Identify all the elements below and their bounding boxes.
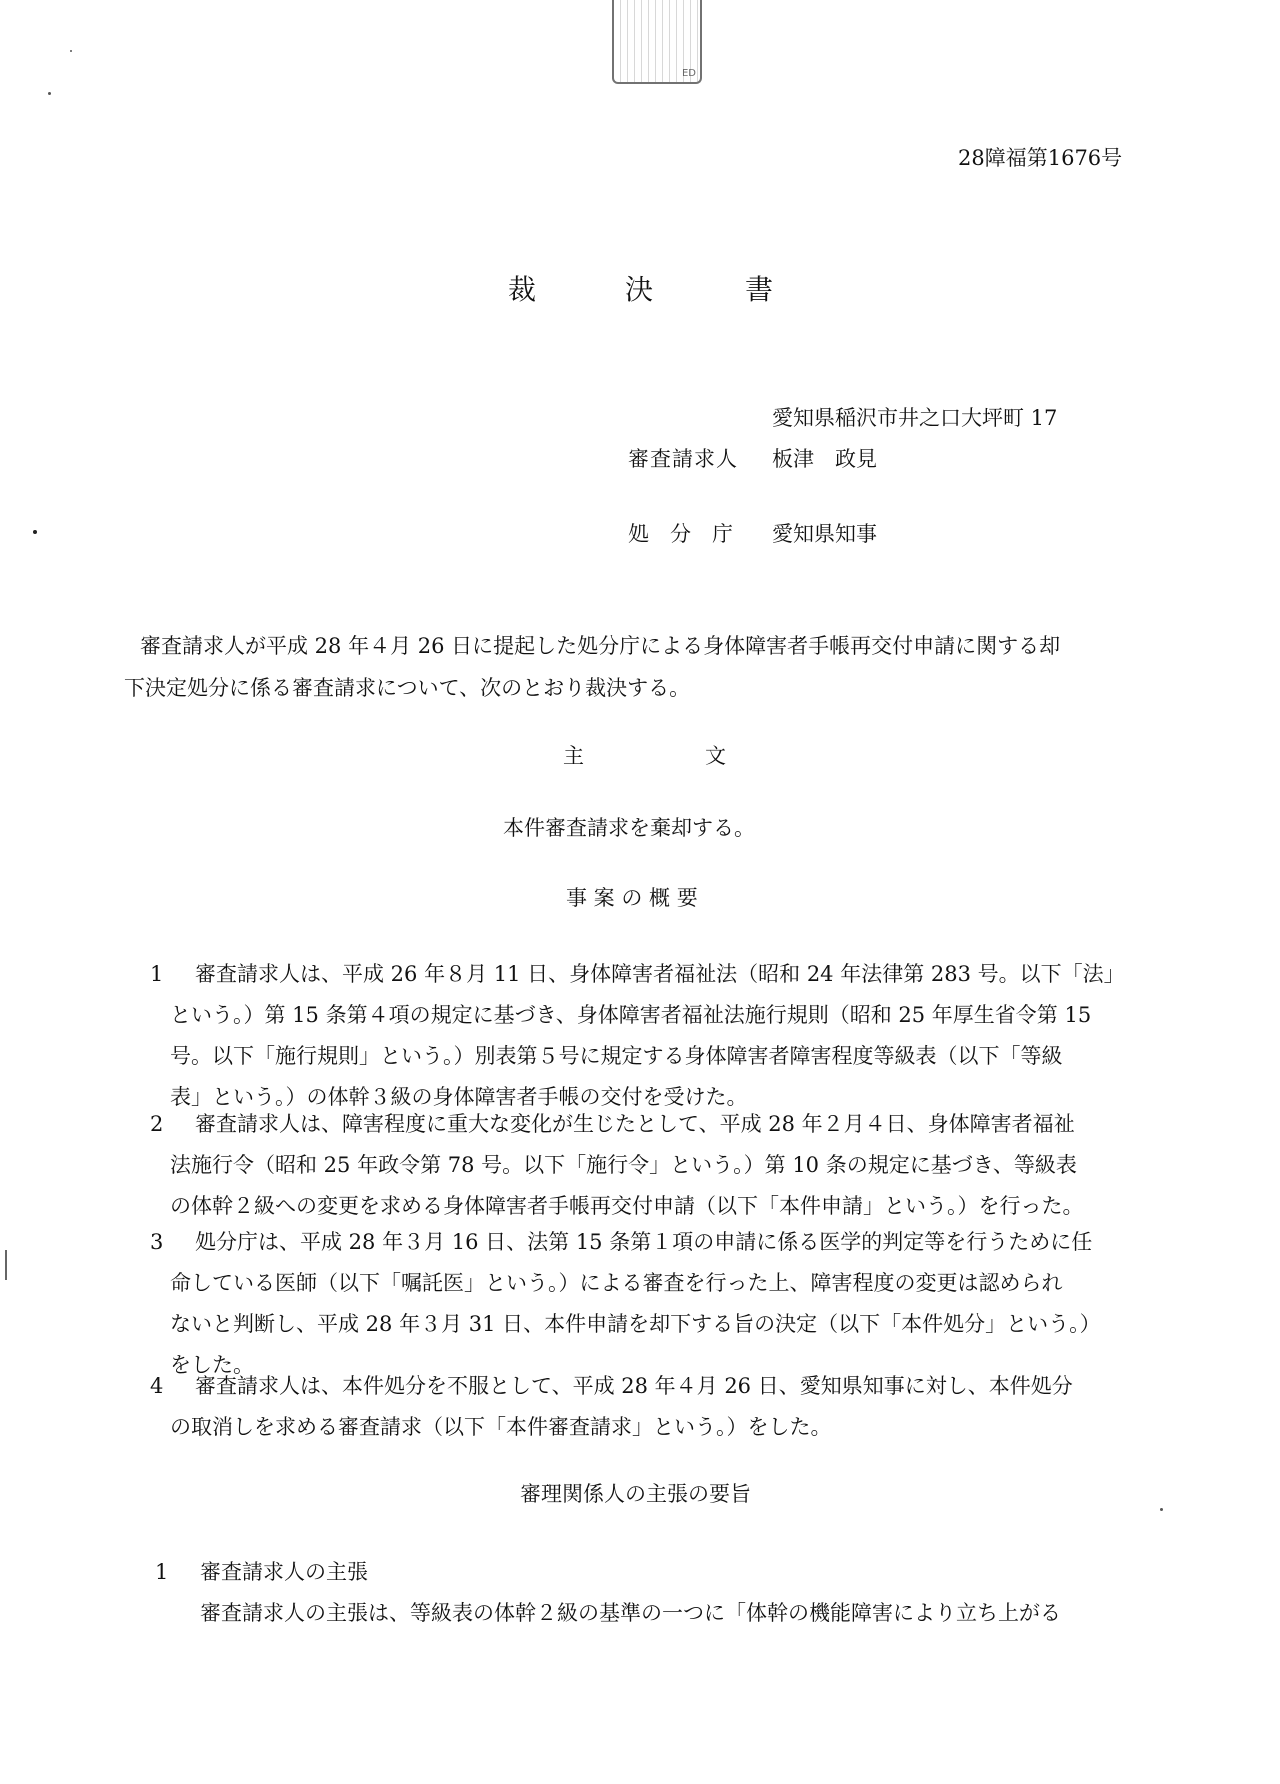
title-char: 決 <box>625 268 653 308</box>
main-text-heading-char: 文 <box>705 740 726 770</box>
stamp-mark: ED <box>682 68 696 79</box>
summary-item-2: 2 審査請求人は、障害程度に重大な変化が生じたとして、平成 28 年２月４日、身… <box>150 1104 1180 1234</box>
title-char: 裁 <box>508 268 536 308</box>
item-number: 4 <box>150 1366 163 1407</box>
item-line: 審査請求人は、本件処分を不服として、平成 28 年４月 26 日、愛知県知事に対… <box>195 1366 1073 1407</box>
item-number: 1 <box>155 1552 168 1593</box>
item-number: 2 <box>150 1104 163 1145</box>
scan-speck <box>1160 1508 1163 1511</box>
scan-speck <box>70 50 72 52</box>
intro-line: 審査請求人が平成 28 年４月 26 日に提起した処分庁による身体障害者手帳再交… <box>140 622 1060 670</box>
summary-item-4: 4 審査請求人は、本件処分を不服として、平成 28 年４月 26 日、愛知県知事… <box>150 1366 1180 1456</box>
claim-item-1: 1 審査請求人の主張 審査請求人の主張は、等級表の体幹２級の基準の一つに「体幹の… <box>155 1552 1185 1642</box>
item-line: ないと判断し、平成 28 年３月 31 日、本件申請を却下する旨の決定（以下「本… <box>170 1304 1101 1345</box>
claim-title: 審査請求人の主張 <box>200 1552 368 1593</box>
document-number: 28障福第1676号 <box>958 142 1122 172</box>
item-line: の体幹２級への変更を求める身体障害者手帳再交付申請（以下「本件申請」という。）を… <box>170 1186 1084 1227</box>
item-number: 3 <box>150 1222 163 1263</box>
main-text-heading-char: 主 <box>563 740 584 770</box>
item-number: 1 <box>150 954 163 995</box>
item-line: 審査請求人は、障害程度に重大な変化が生じたとして、平成 28 年２月４日、身体障… <box>195 1104 1075 1145</box>
item-line: という。）第 15 条第４項の規定に基づき、身体障害者福祉法施行規則（昭和 25… <box>170 995 1091 1036</box>
requester-address: 愛知県稲沢市井之口大坪町 17 <box>772 402 1057 432</box>
title-char: 書 <box>745 268 773 308</box>
intro-line: 下決定処分に係る審査請求について、次のとおり裁決する。 <box>124 664 690 712</box>
item-line: の取消しを求める審査請求（以下「本件審査請求」という。）をした。 <box>170 1407 832 1448</box>
requester-name: 板津 政見 <box>772 443 877 473</box>
scan-speck <box>48 92 51 95</box>
agency-label: 処 分 庁 <box>628 518 733 548</box>
item-line: 命している医師（以下「嘱託医」という。）による審査を行った上、障害程度の変更は認… <box>170 1263 1063 1304</box>
requester-label: 審査請求人 <box>628 443 738 473</box>
agency-name: 愛知県知事 <box>772 518 877 548</box>
scan-speck <box>33 530 37 534</box>
item-line: 法施行令（昭和 25 年政令第 78 号。以下「施行令」という。）第 10 条の… <box>170 1145 1077 1186</box>
claims-heading: 審理関係人の主張の要旨 <box>520 1478 751 1508</box>
item-line: 審査請求人の主張は、等級表の体幹２級の基準の一つに「体幹の機能障害により立ち上が… <box>200 1593 1061 1634</box>
item-line: 処分庁は、平成 28 年３月 16 日、法第 15 条第１項の申請に係る医学的判… <box>195 1222 1092 1263</box>
item-line: 審査請求人は、平成 26 年８月 11 日、身体障害者福祉法（昭和 24 年法律… <box>195 954 1125 995</box>
case-summary-heading: 事 案 の 概 要 <box>566 882 698 912</box>
ruling-text: 本件審査請求を棄却する。 <box>503 812 755 842</box>
summary-item-1: 1 審査請求人は、平成 26 年８月 11 日、身体障害者福祉法（昭和 24 年… <box>150 954 1180 1124</box>
item-line: 号。以下「施行規則」という。）別表第５号に規定する身体障害者障害程度等級表（以下… <box>170 1036 1063 1077</box>
scan-edge-mark <box>5 1250 7 1280</box>
official-stamp: ED <box>612 0 702 84</box>
